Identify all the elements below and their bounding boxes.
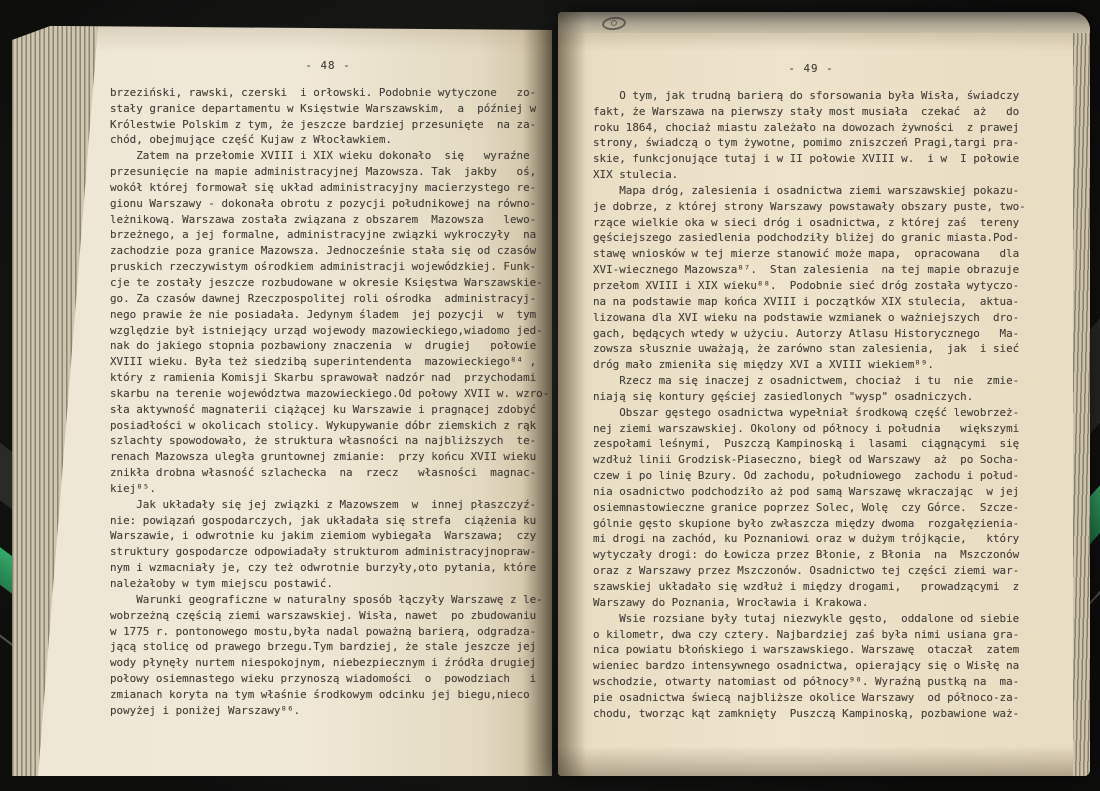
page-49: - 49 - O tym, jak trudną barierą do sfor… — [558, 12, 1090, 776]
page-49-text: - 49 - O tym, jak trudną barierą do sfor… — [593, 61, 1031, 722]
paragraph: Rzecz ma się inaczej z osadnictwem, choc… — [593, 373, 1031, 405]
paragraph: Jak układały się jej związki z Mazowszem… — [110, 497, 548, 592]
gutter-shadow-right — [558, 12, 586, 776]
paragraph: Warunki geograficzne w naturalny sposób … — [110, 592, 548, 719]
paragraph: Zatem na przełomie XVIII i XIX wieku dok… — [110, 148, 548, 497]
paragraph: Mapa dróg, zalesienia i osadnictwa ziemi… — [593, 183, 1031, 373]
page-48-surface: - 48 - brzeziński, rawski, czerski i orł… — [12, 26, 552, 776]
paragraph: brzeziński, rawski, czerski i orłowski. … — [110, 85, 548, 148]
gutter-shadow-left — [522, 26, 552, 776]
page-stack-edge-top — [558, 12, 1090, 33]
paragraph: Obszar gęstego osadnictwa wypełniał środ… — [593, 405, 1031, 611]
page-49-surface: - 49 - O tym, jak trudną barierą do sfor… — [558, 33, 1073, 776]
page-48-text: - 48 - brzeziński, rawski, czerski i orł… — [110, 58, 548, 719]
paragraph: Wsie rozsiane były tutaj niezwykle gęsto… — [593, 611, 1031, 722]
scanned-book-photo: - 48 - brzeziński, rawski, czerski i orł… — [0, 0, 1100, 791]
page-number-48: - 48 - — [110, 58, 546, 74]
page-number-49: - 49 - — [593, 61, 1029, 77]
edge-stamp-mark-icon — [601, 16, 626, 31]
paragraph: O tym, jak trudną barierą do sforsowania… — [593, 88, 1031, 183]
page-48: - 48 - brzeziński, rawski, czerski i orł… — [12, 26, 552, 776]
